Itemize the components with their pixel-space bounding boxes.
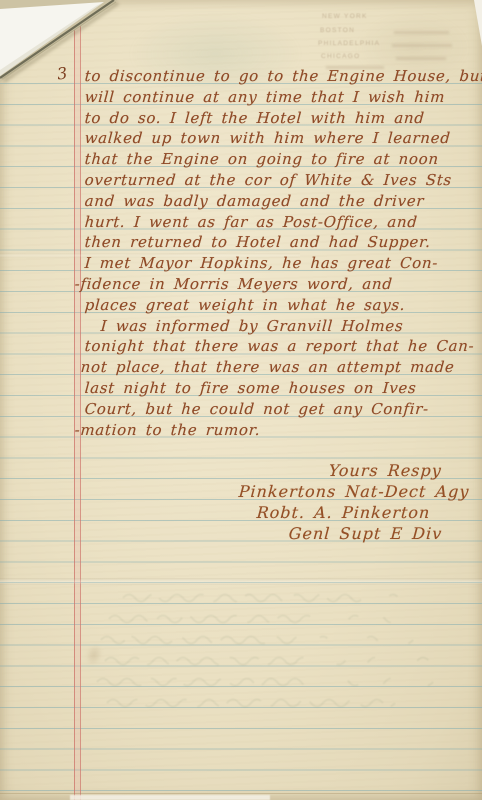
handwritten-line: places great weight in what he says. — [84, 295, 406, 315]
paper-edge — [474, 0, 482, 46]
scanned-letter-page: NEW YORK BOSTON PHILADELPHIA CHICAGO 3 t… — [0, 0, 482, 800]
bleed-through-writing — [95, 592, 465, 722]
handwritten-line: walked up town with him where I learned — [84, 128, 451, 148]
handwritten-line: not place, that there was an attempt mad… — [80, 357, 455, 377]
signature-agency: Pinkertons Nat-Dect Agy — [238, 482, 470, 502]
ghost-letterhead-city: CHICAGO — [321, 53, 360, 60]
handwritten-line: last night to fire some houses on Ives — [84, 378, 417, 398]
signature-closing: Yours Respy — [328, 461, 442, 481]
handwritten-line: to do so. I left the Hotel with him and — [84, 108, 425, 128]
signature-title: Genl Supt E Div — [288, 524, 443, 544]
ghost-letterhead-line — [394, 31, 449, 34]
handwritten-line: I was informed by Granvill Holmes — [100, 316, 404, 336]
paper-crease — [0, 578, 482, 585]
paper-edge — [0, 793, 482, 794]
handwritten-line: then returned to Hotel and had Supper. — [84, 232, 431, 252]
handwritten-line: tonight that there was a report that he … — [84, 336, 475, 356]
signature-name: Robt. A. Pinkerton — [256, 503, 431, 523]
paper-edge — [70, 795, 270, 800]
ghost-letterhead-city: PHILADELPHIA — [318, 40, 380, 47]
ghost-letterhead-line — [392, 44, 452, 47]
handwritten-line: overturned at the cor of White & Ives St… — [84, 170, 453, 190]
handwritten-line: -mation to the rumor. — [74, 420, 261, 440]
handwritten-line: that the Engine on going to fire at noon — [84, 149, 440, 169]
folded-corner — [0, 0, 145, 105]
ghost-letterhead-city: BOSTON — [320, 27, 355, 34]
handwritten-line: and was badly damaged and the driver — [84, 191, 425, 211]
handwritten-line: Court, but he could not get any Confir- — [84, 399, 430, 419]
handwritten-line: I met Mayor Hopkins, he has great Con- — [84, 253, 439, 273]
ghost-letterhead-city: NEW YORK — [322, 13, 368, 20]
red-margin-line — [74, 0, 81, 800]
ghost-letterhead-line — [396, 57, 446, 60]
handwritten-line: -fidence in Morris Meyers word, and — [74, 274, 393, 294]
handwritten-line: hurt. I went as far as Post-Office, and — [84, 212, 418, 232]
